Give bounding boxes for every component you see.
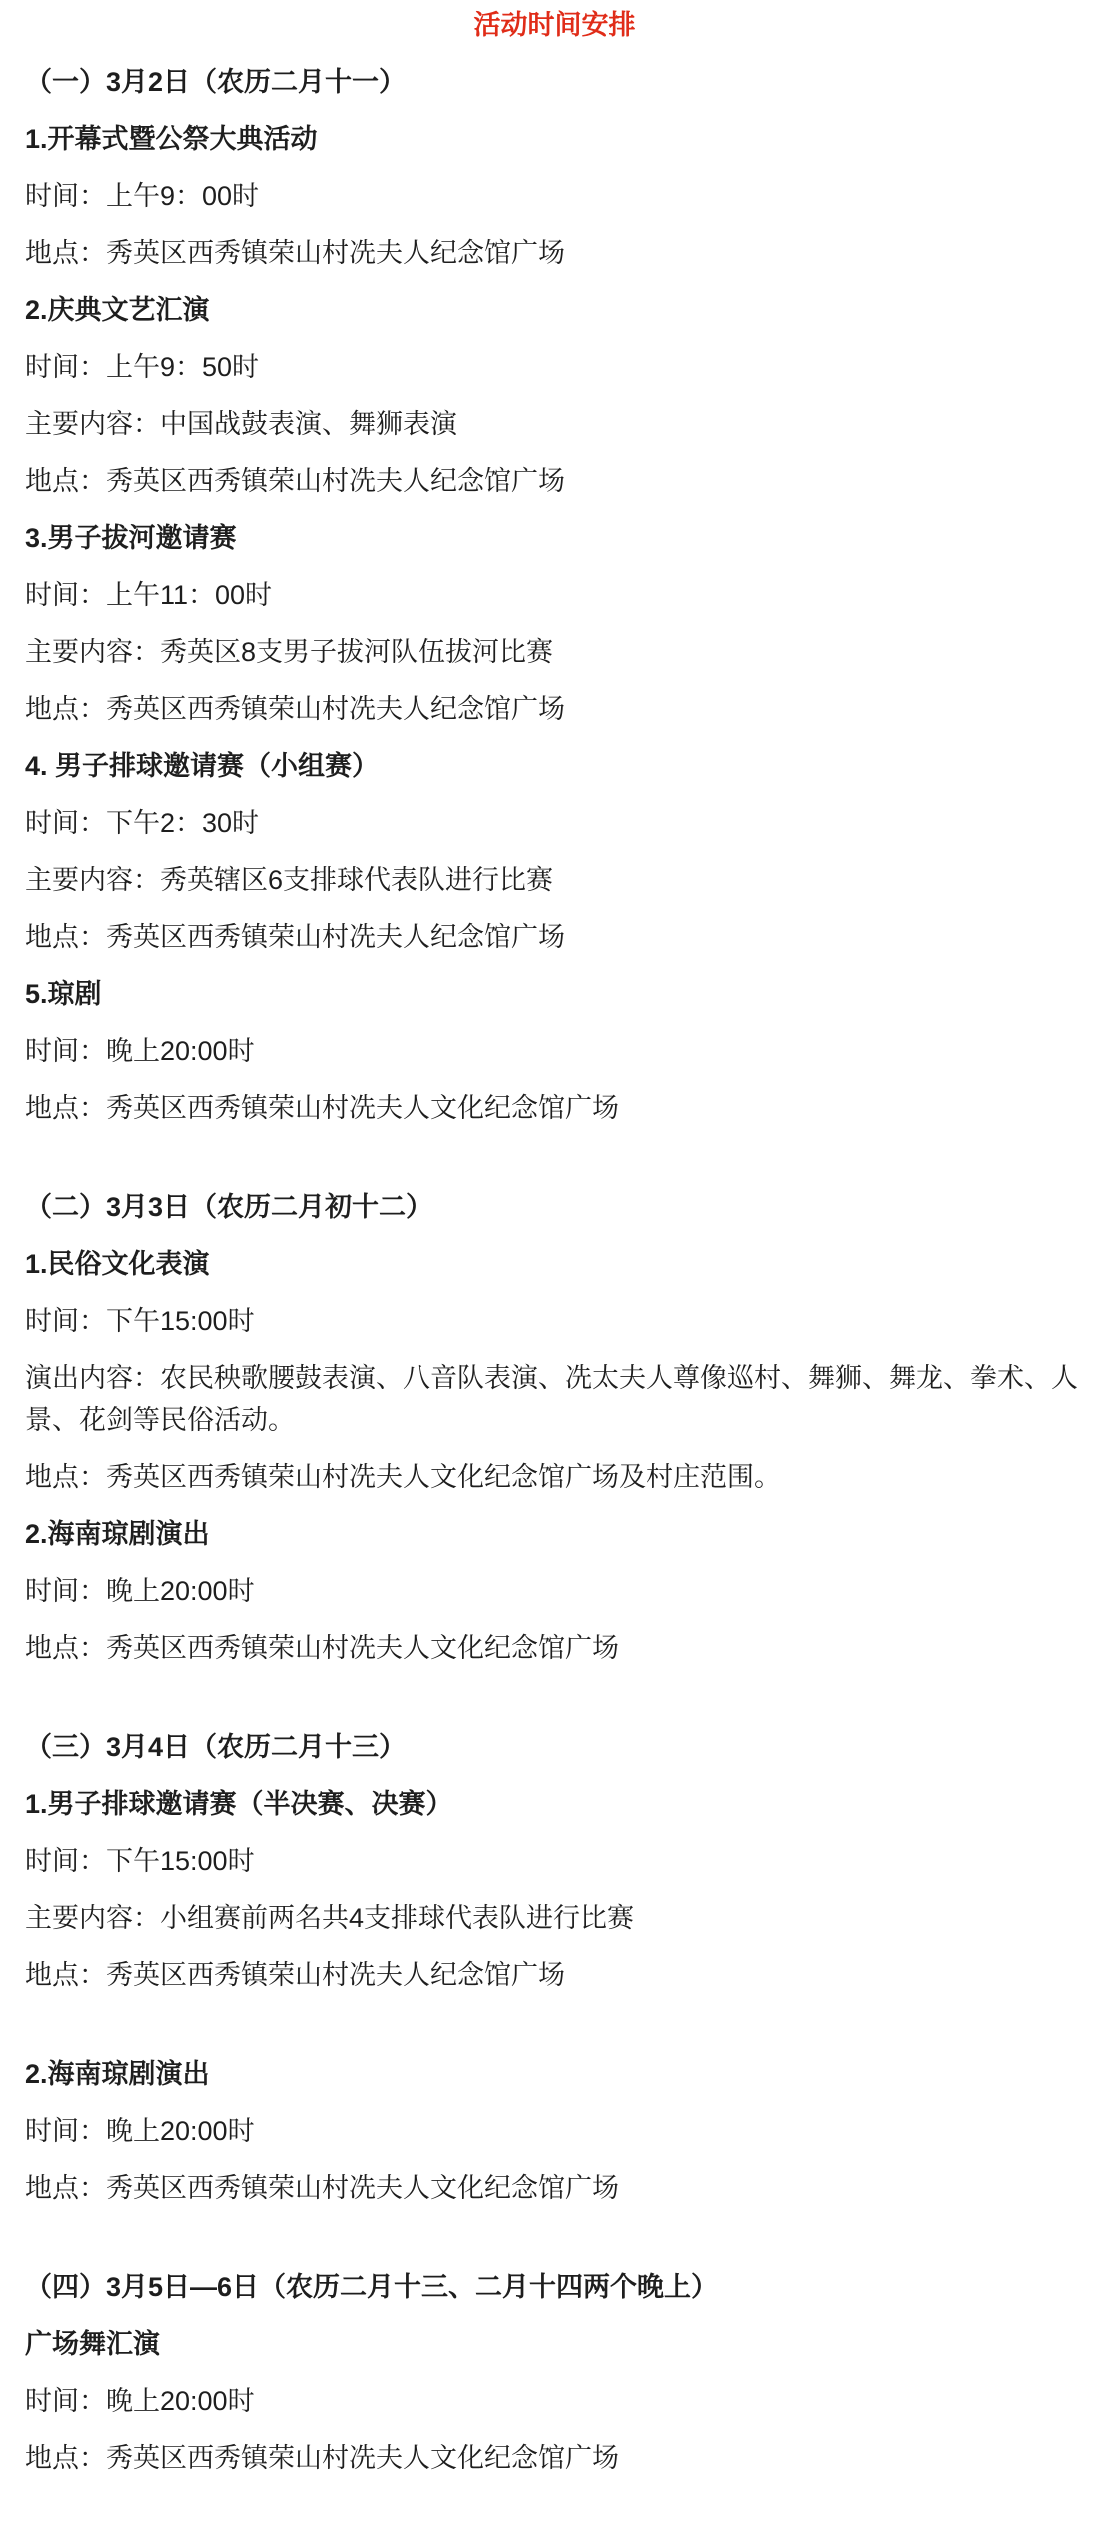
content-line: 主要内容：秀英区8支男子拔河队伍拔河比赛 — [25, 631, 1084, 673]
location-line: 地点：秀英区西秀镇荣山村冼夫人文化纪念馆广场 — [25, 1627, 1084, 1669]
location-line: 地点：秀英区西秀镇荣山村冼夫人文化纪念馆广场 — [25, 2167, 1084, 2209]
section-heading: （一）3月2日（农历二月十一） — [25, 61, 1084, 103]
location-line: 地点：秀英区西秀镇荣山村冼夫人纪念馆广场 — [25, 916, 1084, 958]
time-line: 时间：下午15:00时 — [25, 1840, 1084, 1882]
section-heading: （四）3月5日—6日（农历二月十三、二月十四两个晚上） — [25, 2266, 1084, 2308]
content-line-part-2: 景、花剑等民俗活动。 — [25, 1399, 1084, 1441]
event-title: 1.男子排球邀请赛（半决赛、决赛） — [25, 1783, 1084, 1825]
section-march-2: （一）3月2日（农历二月十一） 1.开幕式暨公祭大典活动 时间：上午9：00时 … — [25, 61, 1084, 1129]
schedule-document: 活动时间安排 （一）3月2日（农历二月十一） 1.开幕式暨公祭大典活动 时间：上… — [0, 0, 1109, 2504]
event-title: 3.男子拔河邀请赛 — [25, 517, 1084, 559]
content-line: 主要内容：秀英辖区6支排球代表队进行比赛 — [25, 859, 1084, 901]
section-march-5-6: （四）3月5日—6日（农历二月十三、二月十四两个晚上） 广场舞汇演 时间：晚上2… — [25, 2266, 1084, 2479]
content-line: 主要内容：小组赛前两名共4支排球代表队进行比赛 — [25, 1897, 1084, 1939]
location-line: 地点：秀英区西秀镇荣山村冼夫人纪念馆广场 — [25, 232, 1084, 274]
time-line: 时间：下午15:00时 — [25, 1300, 1084, 1342]
event-title: 1.民俗文化表演 — [25, 1243, 1084, 1285]
event-title: 2.海南琼剧演出 — [25, 2053, 1084, 2095]
event-title: 1.开幕式暨公祭大典活动 — [25, 118, 1084, 160]
location-line: 地点：秀英区西秀镇荣山村冼夫人文化纪念馆广场 — [25, 2437, 1084, 2479]
page-title: 活动时间安排 — [25, 4, 1084, 46]
location-line: 地点：秀英区西秀镇荣山村冼夫人纪念馆广场 — [25, 460, 1084, 502]
time-line: 时间：下午2：30时 — [25, 802, 1084, 844]
event-title: 5.琼剧 — [25, 973, 1084, 1015]
location-line: 地点：秀英区西秀镇荣山村冼夫人文化纪念馆广场及村庄范围。 — [25, 1456, 1084, 1498]
section-march-3: （二）3月3日（农历二月初十二） 1.民俗文化表演 时间：下午15:00时 演出… — [25, 1186, 1084, 1669]
content-line: 主要内容：中国战鼓表演、舞狮表演 — [25, 403, 1084, 445]
time-line: 时间：晚上20:00时 — [25, 2110, 1084, 2152]
content-line: 演出内容：农民秧歌腰鼓表演、八音队表演、冼太夫人尊像巡村、舞狮、舞龙、拳术、人景… — [25, 1357, 1084, 1441]
time-line: 时间：上午11：00时 — [25, 574, 1084, 616]
event-title: 4. 男子排球邀请赛（小组赛） — [25, 745, 1084, 787]
event-title: 2.海南琼剧演出 — [25, 1513, 1084, 1555]
section-heading: （三）3月4日（农历二月十三） — [25, 1726, 1084, 1768]
time-line: 时间：晚上20:00时 — [25, 1570, 1084, 1612]
event-title: 2.庆典文艺汇演 — [25, 289, 1084, 331]
time-line: 时间：上午9：50时 — [25, 346, 1084, 388]
time-line: 时间：晚上20:00时 — [25, 2380, 1084, 2422]
section-heading: （二）3月3日（农历二月初十二） — [25, 1186, 1084, 1228]
time-line: 时间：上午9：00时 — [25, 175, 1084, 217]
content-line-part-1: 演出内容：农民秧歌腰鼓表演、八音队表演、冼太夫人尊像巡村、舞狮、舞龙、拳术、人 — [25, 1357, 1084, 1399]
location-line: 地点：秀英区西秀镇荣山村冼夫人纪念馆广场 — [25, 688, 1084, 730]
section-march-4: （三）3月4日（农历二月十三） 1.男子排球邀请赛（半决赛、决赛） 时间：下午1… — [25, 1726, 1084, 2209]
event-title: 广场舞汇演 — [25, 2323, 1084, 2365]
time-line: 时间：晚上20:00时 — [25, 1030, 1084, 1072]
location-line: 地点：秀英区西秀镇荣山村冼夫人纪念馆广场 — [25, 1954, 1084, 1996]
location-line: 地点：秀英区西秀镇荣山村冼夫人文化纪念馆广场 — [25, 1087, 1084, 1129]
